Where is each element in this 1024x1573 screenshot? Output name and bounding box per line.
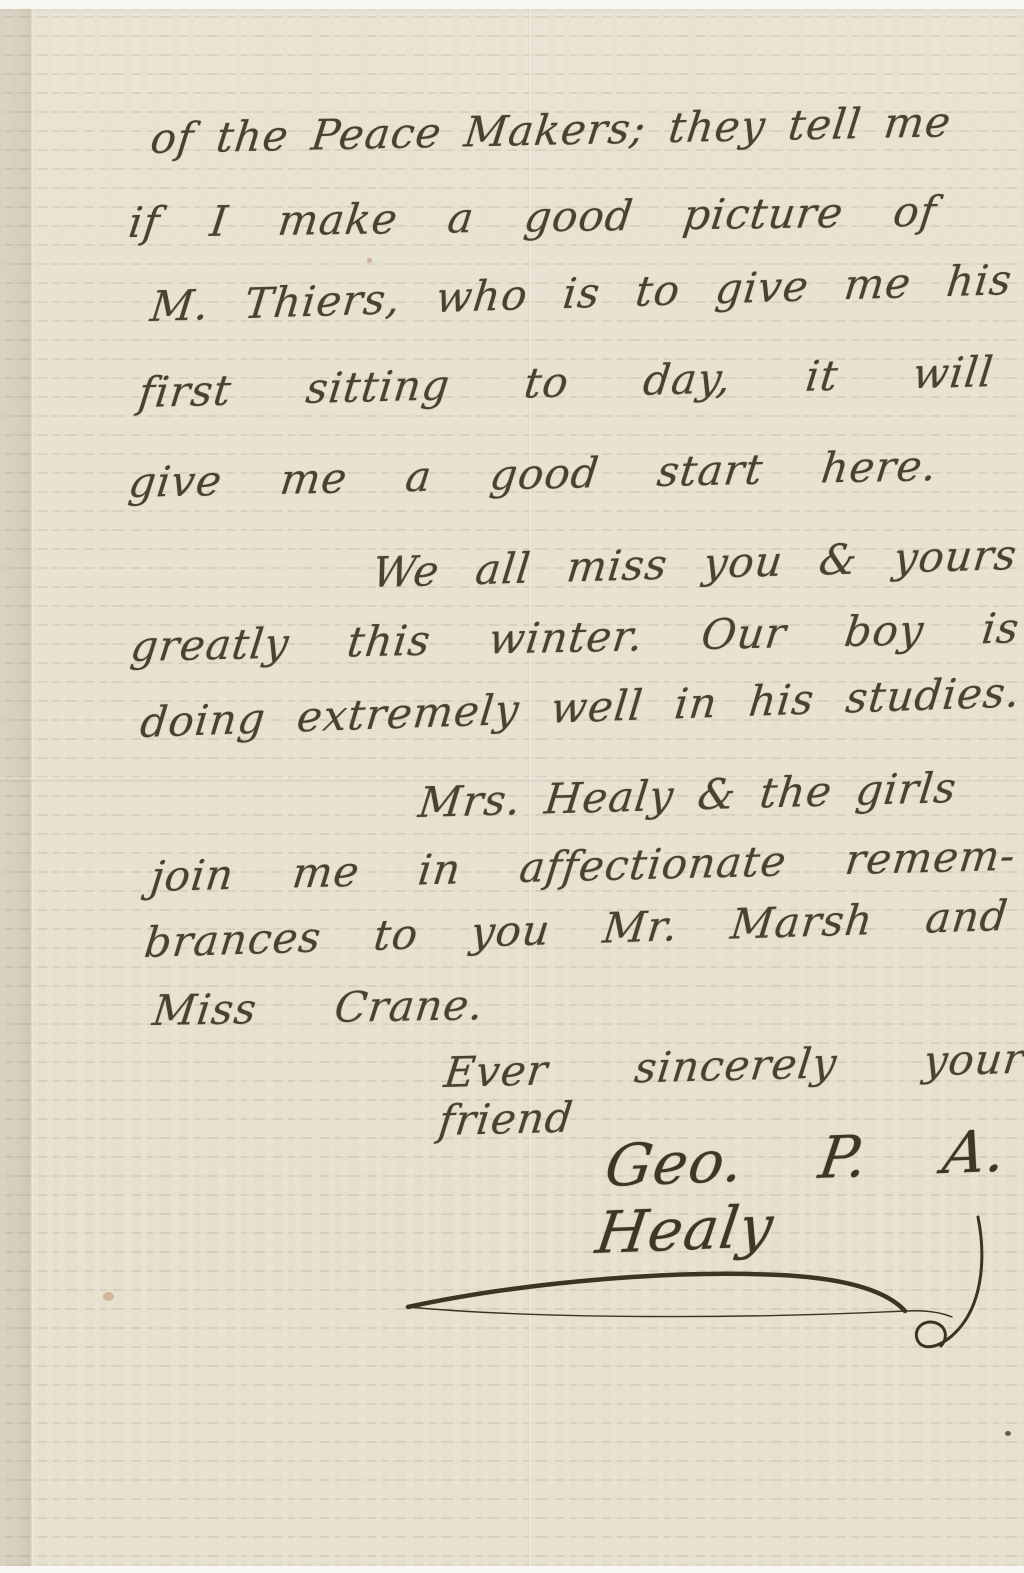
age-spot: [103, 1292, 114, 1301]
letter-line: doing extremely well in his studies.: [138, 668, 1023, 747]
letter-line: if I make a good picture of: [126, 188, 940, 248]
age-spot: [1005, 1431, 1011, 1436]
letter-line: Miss Crane.: [150, 981, 487, 1035]
letter-line: Mrs. Healy & the girls: [416, 764, 959, 827]
letter-line: M. Thiers, who is to give me his: [148, 256, 1015, 331]
letter-line: of the Peace Makers; they tell me: [148, 98, 954, 163]
left-fold-edge: [0, 9, 33, 1566]
letter-line: give me a good start here.: [126, 442, 940, 507]
letter-line: first sitting to day, it will: [136, 348, 996, 417]
flourish-bottom-stroke: [408, 1307, 952, 1317]
flourish-top-stroke: [408, 1274, 905, 1311]
letter-line: We all miss you & yours: [370, 531, 1020, 597]
letter-line: greatly this winter. Our boy is: [128, 604, 1022, 671]
letter-scan: of the Peace Makers; they tell me if I m…: [0, 0, 1024, 1573]
letter-line: join me in affectionate remem-: [148, 832, 1018, 901]
letter-paper: of the Peace Makers; they tell me if I m…: [0, 9, 1024, 1566]
flourish-tail-loop: [916, 1217, 982, 1347]
age-spot: [367, 258, 372, 263]
signature-flourish: [380, 1199, 1020, 1369]
letter-line: brances to you Mr. Marsh and: [142, 892, 1011, 967]
